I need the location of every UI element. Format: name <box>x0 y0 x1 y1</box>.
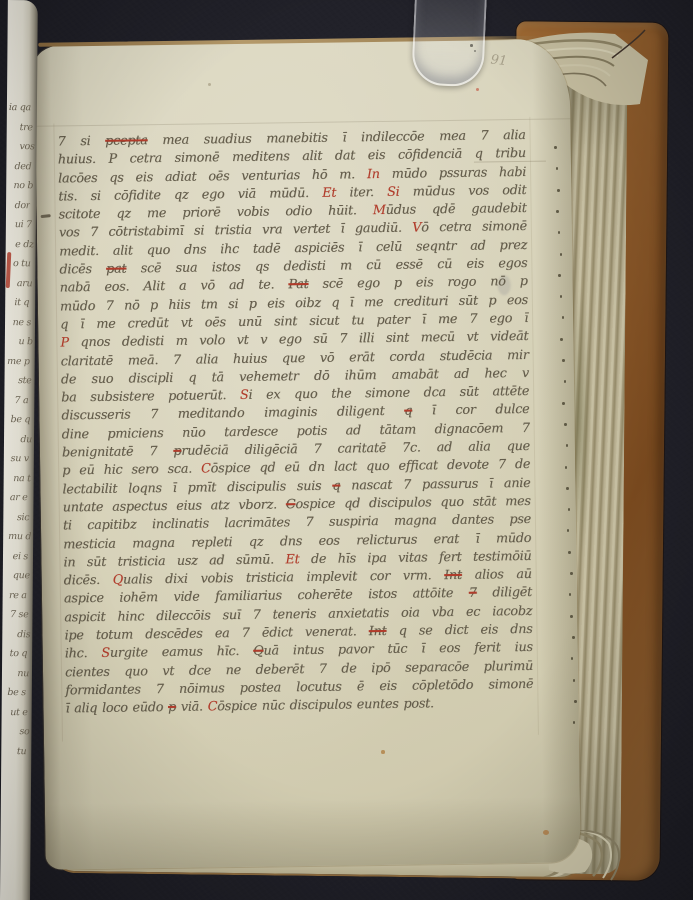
facing-page-text-fragment: u b <box>7 332 33 352</box>
folio-number: 91 <box>490 52 508 69</box>
facing-page-text-fragment: sic <box>3 508 29 528</box>
ink-text: ipe totum descēdes ea 7 ēdict venerat. <box>64 624 368 643</box>
ink-text: q se dict eis dns <box>386 622 532 639</box>
ink-text: iter. <box>336 185 387 201</box>
rubricated-text: S <box>101 646 110 661</box>
ink-text: ba subsistere potuerūt. <box>61 388 240 405</box>
facing-page-text: ia qatrevosdedno bdorui 7e dzo tuaruit q… <box>1 98 33 761</box>
facing-page-text-fragment: nu <box>3 664 29 684</box>
rubricated-text: Si <box>387 185 400 200</box>
facing-page-text-fragment: dis <box>4 625 30 645</box>
facing-page-text-fragment: be s <box>0 683 26 703</box>
ink-text: lacōes qs eis adiat oēs venturias hō m. <box>58 167 367 186</box>
facing-page-text-fragment: ded <box>5 157 31 177</box>
ink-text: 7 si <box>58 134 106 150</box>
ink-text: urgite eamus hīc. <box>110 644 254 661</box>
rubricated-text: q <box>404 404 412 419</box>
ink-text: lectabilit loqns ī pmīt discipulis suis <box>62 478 332 497</box>
ink-text: ōspice qd eū dn lact quo efficat devote … <box>211 457 531 476</box>
ink-text: de hīs ipa vitas fert testimōiū <box>299 549 531 567</box>
margin-ink-dash <box>41 214 51 217</box>
facing-page-text-fragment: tre <box>7 118 33 138</box>
facing-page-text-fragment: su v <box>3 449 29 469</box>
facing-page-text-fragment: aru <box>6 274 32 294</box>
facing-page-text-fragment: ui 7 <box>6 215 32 235</box>
facing-page-text-fragment: ne s <box>5 313 31 333</box>
rubricated-text: C <box>286 497 296 512</box>
facing-page-text-fragment: no b <box>7 176 33 196</box>
rubricated-text: Q <box>253 644 263 659</box>
manuscript-text-block: 7 si pcepta mea suadius manebitis ī indi… <box>58 127 534 719</box>
ink-text: ualis dixi vobis tristicia implevit cor … <box>123 568 444 587</box>
ink-text: nascat 7 passurus ī anie <box>340 476 530 494</box>
ink-text: benignitatē 7 <box>62 444 174 461</box>
ink-text: ūdus qdē gaudebit <box>386 201 527 218</box>
transparent-page-clip <box>411 0 487 88</box>
ink-text: discusseris 7 meditando imaginis diligen… <box>61 404 404 424</box>
rubricated-text: M <box>373 203 386 218</box>
ink-text: ihc. <box>65 646 102 662</box>
rubricated-text: C <box>208 699 218 714</box>
manuscript-photo: 91 7 si pcepta mea suadius manebitis ī i… <box>0 0 693 900</box>
rubricated-text: pcepta <box>105 133 148 149</box>
facing-page-text-fragment: to q <box>1 644 27 664</box>
ink-text: ī cor dulce <box>412 402 529 419</box>
ink-text: tis. si cōfidite qz ego viā mūdū. <box>58 186 322 205</box>
ink-text: uā intus pavor tūc ī eos ferit ius <box>263 640 533 659</box>
facing-page-text-fragment: 7 se <box>2 605 28 625</box>
rubricated-text: Int <box>444 568 462 583</box>
rubricated-text: Pat <box>288 277 308 292</box>
rubricated-text: Q <box>113 573 123 588</box>
facing-page-text-fragment: it q <box>3 293 29 313</box>
facing-page-text-fragment: e dz <box>8 235 34 255</box>
ink-text: vos 7 cōtristabimī si tristia vra vertet… <box>59 221 413 241</box>
rubricated-text: Et <box>285 552 299 567</box>
facing-page-text-fragment: tu <box>0 741 26 761</box>
ink-text: untate aspectus eius atz vborz. <box>63 497 286 515</box>
ink-text: scē ego p eis rogo nō p <box>308 274 527 292</box>
facing-page-text-fragment: dor <box>4 196 30 216</box>
facing-page-text-fragment: be q <box>4 410 30 430</box>
facing-page-text-fragment: 7 a <box>2 391 28 411</box>
ink-text: diligēt <box>477 585 532 601</box>
rubricated-text: q <box>332 478 340 493</box>
rubricated-text: In <box>367 167 380 182</box>
rubricated-text: Et <box>322 185 336 200</box>
ink-text: ōspice nūc discipulos euntes post. <box>217 696 434 714</box>
ink-text: ō cetra simonē <box>421 219 527 235</box>
ink-text: ī aliq loco eūdo <box>65 700 168 716</box>
facing-page-text-fragment: me p <box>4 352 30 372</box>
facing-page-text-fragment: ste <box>5 371 31 391</box>
facing-page-text-fragment: re a <box>1 585 27 605</box>
ink-text: alios aū <box>462 567 532 583</box>
facing-page-text-fragment: ar e <box>1 488 27 508</box>
facing-page-text-fragment: du <box>6 430 32 450</box>
ink-text: nabā eos. Alit a vō ad te. <box>60 278 289 296</box>
ink-text: dicēs. <box>64 573 113 589</box>
facing-page-text-fragment: ut e <box>2 703 28 723</box>
ink-text: rudēciā diligēciā 7 caritatē 7c. ad alia… <box>181 439 530 459</box>
ink-text: ospice qd discipulos quo stāt mes <box>295 494 530 512</box>
facing-page-text-fragment: mu d <box>5 527 31 547</box>
ink-text: i ex quo the simone dca sūt attēte <box>248 384 529 403</box>
rubricated-text: pat <box>106 262 126 277</box>
ink-text: mūdo pssuras habi <box>380 165 527 182</box>
ink-text: scitote qz me priorē vobis odio hūit. <box>59 203 373 222</box>
ink-text: dicēs <box>59 262 106 278</box>
ink-text: p eū hic sero sca. <box>62 462 201 479</box>
ink-text: in sūt tristicia usz ad sūmū. <box>63 552 285 570</box>
manuscript-page: 91 7 si pcepta mea suadius manebitis ī i… <box>34 38 580 869</box>
facing-page-text-fragment: ei s <box>2 547 28 567</box>
ink-text: mūdus vos odit <box>399 183 526 200</box>
rubricated-text: 7 <box>469 586 477 601</box>
facing-page-text-fragment: que <box>4 566 30 586</box>
facing-page-text-fragment: so <box>3 722 29 742</box>
rubricated-text: Int <box>369 624 387 639</box>
page-crease <box>35 118 570 126</box>
facing-page-text-fragment: na t <box>5 469 31 489</box>
facing-page-text-fragment: ia qa <box>5 98 31 118</box>
facing-page-text-fragment: vos <box>8 137 34 157</box>
facing-page-text-fragment: o tu <box>4 254 30 274</box>
ink-text: viā. <box>176 700 208 715</box>
